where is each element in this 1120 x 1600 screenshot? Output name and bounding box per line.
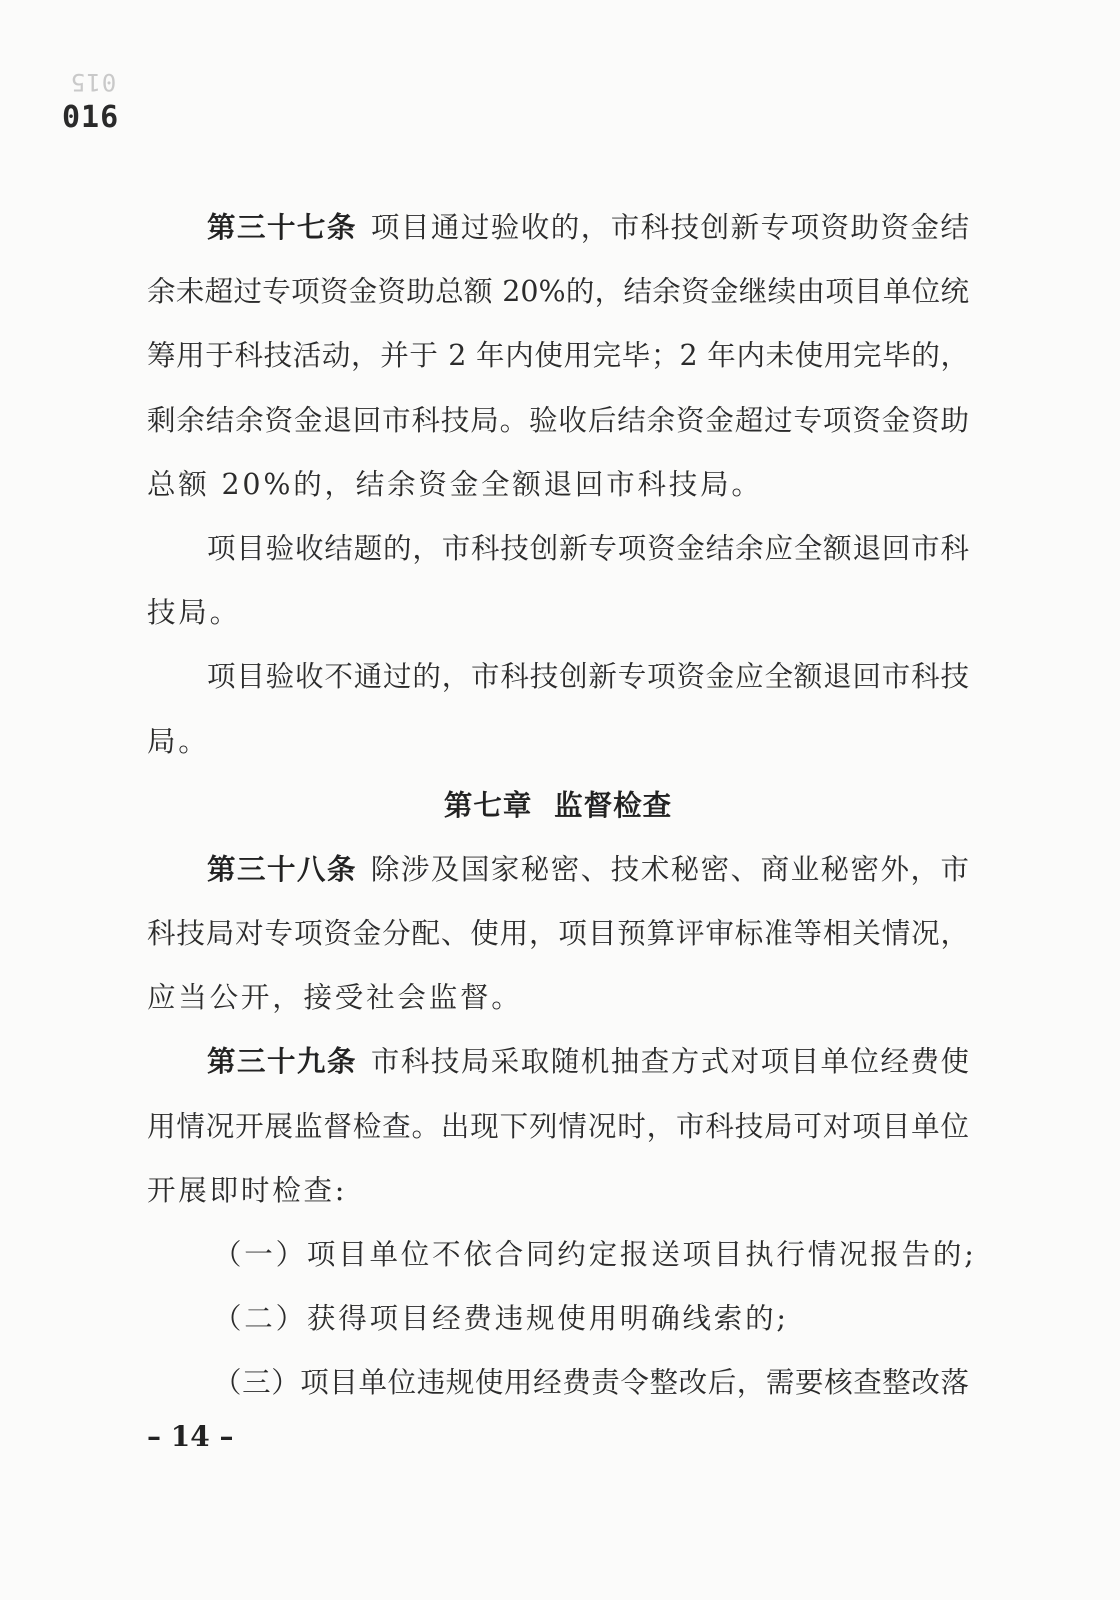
page-stamp: 016 [62,100,119,135]
article-37-line-2: 余未超过专项资金资助总额 20%的，结余资金继续由项目单位统 [147,268,969,332]
closing-para-line-2: 技局。 [147,589,969,653]
page-stamp-ghost: 015 [62,68,124,96]
list-item: （三）项目单位违规使用经费责令整改后，需要核查整改落 [147,1359,969,1423]
document-body: 第三十七条项目通过验收的，市科技创新专项资助资金结 余未超过专项资金资助总额 2… [147,204,969,1424]
article-37-title: 第三十七条 [207,211,357,244]
article-38-line-3: 应当公开，接受社会监督。 [147,974,969,1038]
article-37-line-1: 第三十七条项目通过验收的，市科技创新专项资助资金结 [147,204,969,268]
failed-para-line-2: 局。 [147,718,969,782]
article-39-line-3: 开展即时检查: [147,1167,969,1231]
failed-para-line-1: 项目验收不通过的，市科技创新专项资金应全额退回市科技 [147,653,969,717]
chapter-7-heading: 第七章 监督检查 [147,782,969,846]
article-37-line-3: 筹用于科技活动，并于 2 年内使用完毕；2 年内未使用完毕的， [147,332,969,396]
article-38-line-1: 第三十八条除涉及国家秘密、技术秘密、商业秘密外，市 [147,846,969,910]
article-38-title: 第三十八条 [207,853,357,886]
article-37-line-5: 总额 20%的，结余资金全额退回市科技局。 [147,461,969,525]
article-39-line-1: 第三十九条市科技局采取随机抽查方式对项目单位经费使 [147,1038,969,1102]
page-number: – 14 – [147,1420,233,1453]
article-39-line-2: 用情况开展监督检查。出现下列情况时，市科技局可对项目单位 [147,1103,969,1167]
article-37-line-4: 剩余结余资金退回市科技局。验收后结余资金超过专项资金资助 [147,397,969,461]
list-item: （二）获得项目经费违规使用明确线索的; [147,1295,969,1359]
article-38-line-2: 科技局对专项资金分配、使用，项目预算评审标准等相关情况， [147,910,969,974]
list-item: （一）项目单位不依合同约定报送项目执行情况报告的; [147,1231,969,1295]
article-39-title: 第三十九条 [207,1045,357,1078]
closing-para-line-1: 项目验收结题的，市科技创新专项资金结余应全额退回市科 [147,525,969,589]
